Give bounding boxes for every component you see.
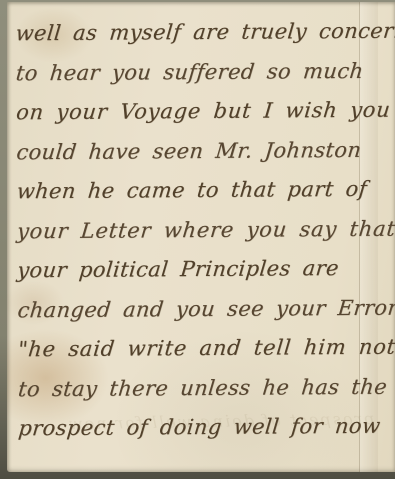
ink-show-through: prospect of doing well for now [27, 409, 376, 471]
letter-line: to stay there unless he has the [16, 367, 392, 409]
letter-line: changed and you see your Error, [16, 288, 392, 330]
letter-page: well as myself are truely concerned to h… [7, 2, 395, 472]
letter-line: when he came to that part of [15, 170, 391, 212]
letter-body: well as myself are truely concerned to h… [15, 12, 390, 449]
letter-line: "he said write and tell him not [16, 328, 392, 370]
letter-line: could have seen Mr. Johnston [15, 130, 391, 172]
letter-line: well as myself are truely concerned [14, 12, 390, 54]
letter-line: your Letter where you say that [15, 209, 391, 251]
letter-line: your political Principles are [15, 249, 391, 291]
letter-line: on your Voyage but I wish you [14, 91, 390, 133]
letter-line: to hear you suffered so much [14, 51, 390, 93]
